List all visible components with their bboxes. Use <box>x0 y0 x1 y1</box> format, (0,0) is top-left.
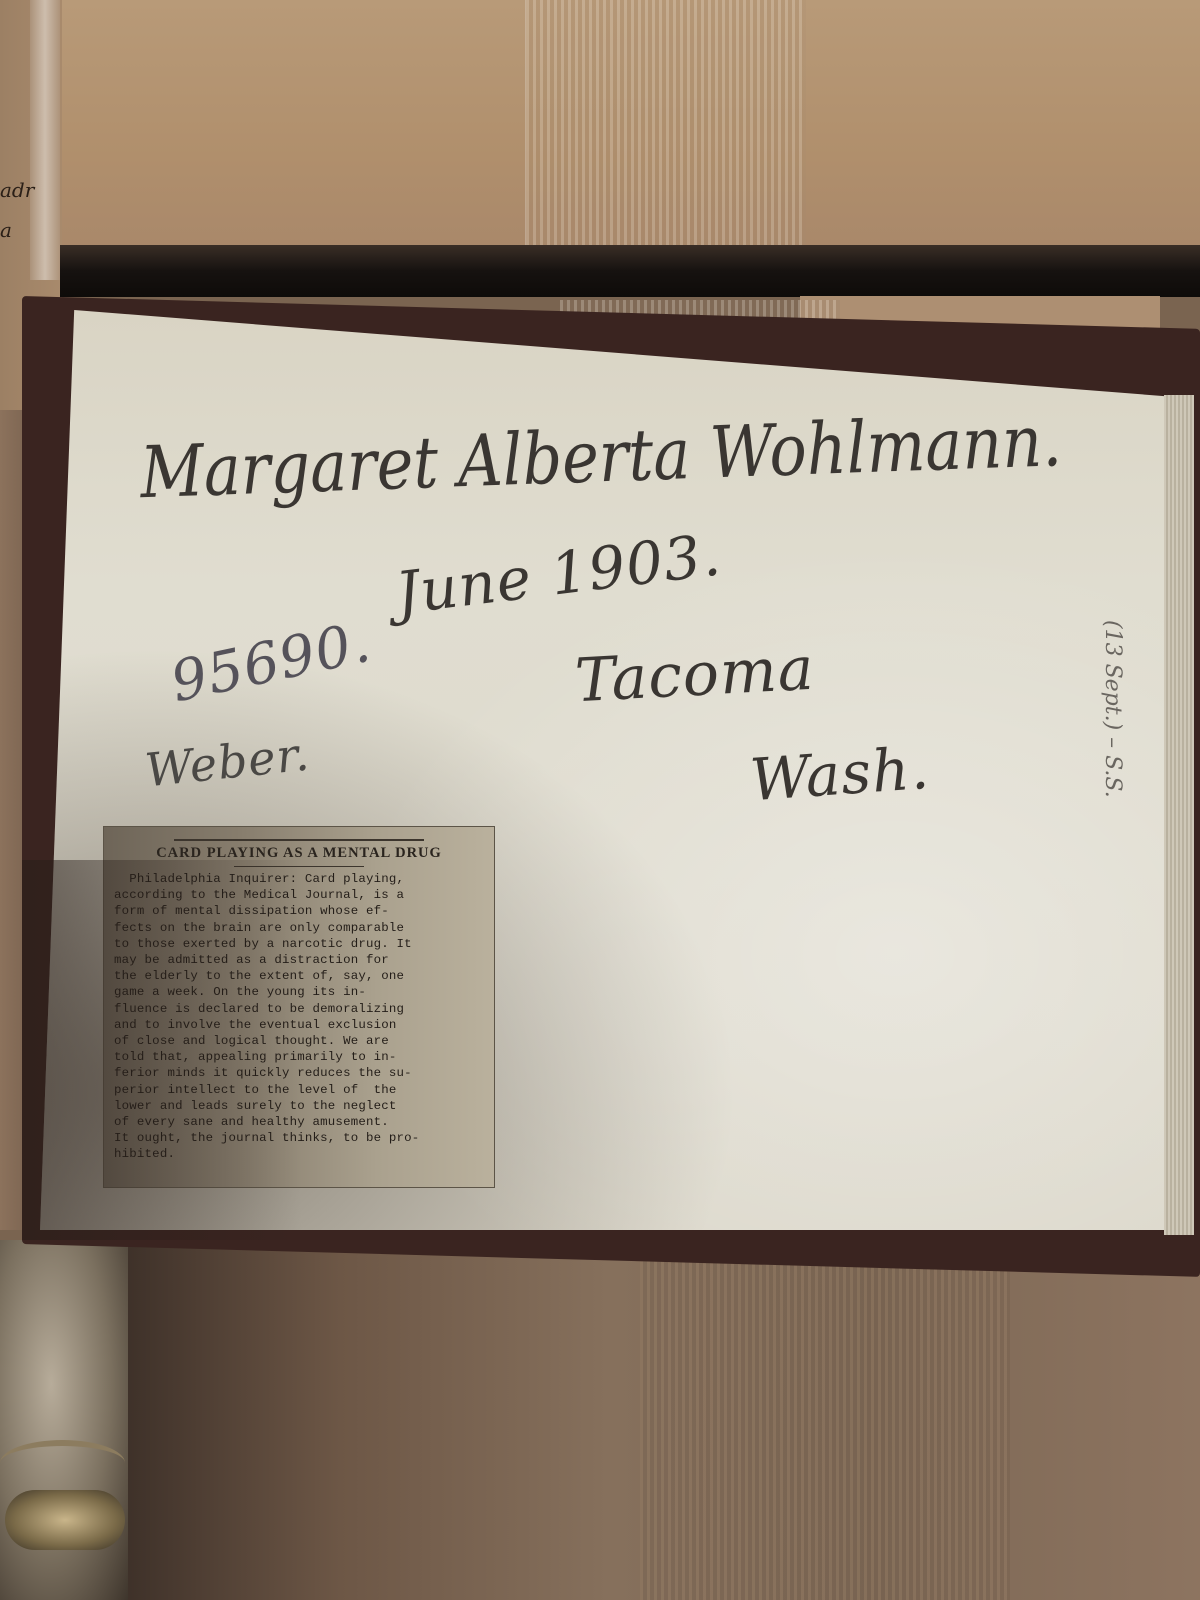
handwritten-city: Tacoma <box>573 634 816 716</box>
pencil-side-note: (13 Sept.) – S.S. <box>1100 620 1125 798</box>
packing-tape-top <box>525 0 806 258</box>
handwritten-state: Wash. <box>748 734 932 814</box>
packing-tape-bottom <box>640 1245 1010 1600</box>
clipping-top-rule <box>174 839 424 841</box>
box-handwriting: adr a <box>0 170 34 250</box>
plastic-wrap <box>30 0 60 280</box>
lamp-rim <box>0 1440 125 1486</box>
album-page-edges <box>1164 395 1194 1235</box>
photo-shadow <box>22 860 302 1240</box>
shadow-gap <box>60 245 1200 297</box>
lamp-ornament <box>5 1490 125 1550</box>
